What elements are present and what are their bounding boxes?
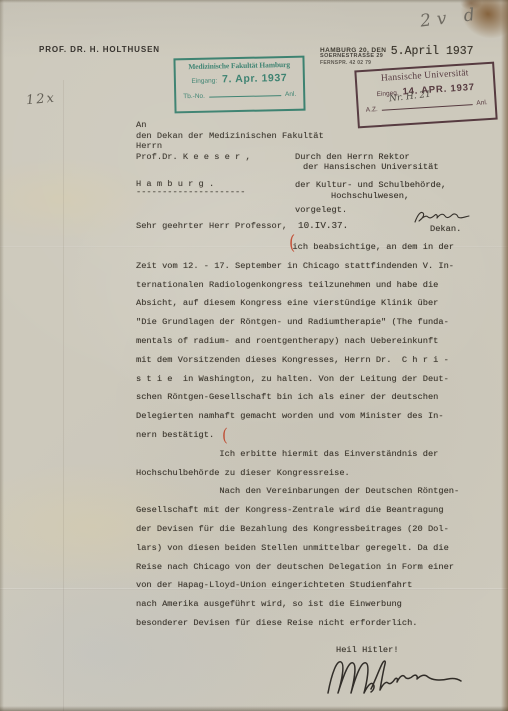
city-underline: --------------------- — [136, 187, 245, 197]
faculty-stamp-title: Medizinische Fakultät Hamburg — [176, 61, 303, 71]
paper-edge — [0, 706, 508, 711]
phone-line: FERNSPR. 42 02 79 — [320, 60, 371, 66]
ref-label: A.Z. — [366, 107, 378, 114]
university-receipt-stamp: Hansische Universität Eingeg. 14. APR. 1… — [354, 62, 497, 129]
salutation-line: Sehr geehrter Herr Professor, — [136, 221, 287, 231]
routing-line-3: der Kultur- und Schulbehörde, — [295, 180, 446, 190]
paper-edge — [0, 0, 508, 3]
sender-signature-handwriting — [324, 656, 464, 698]
sender-letterhead: PROF. DR. H. HOLTHUSEN — [39, 45, 160, 54]
faculty-stamp-received-row: Eingang: 7. Apr. 1937 — [176, 72, 303, 85]
received-date: 7. Apr. 1937 — [222, 72, 287, 84]
enclosure-label: Anl. — [285, 91, 296, 98]
received-label: Eingang: — [191, 78, 217, 85]
dean-title: Dekan. — [430, 224, 461, 234]
letter-body: ich beabsichtige, an dem in der Zeit vom… — [136, 238, 459, 633]
pencil-note-left-margin: 12x — [25, 91, 56, 109]
ref-label: Tb.-No. — [183, 93, 205, 100]
ref-blank-line — [209, 87, 281, 98]
routing-line-4: Hochschulwesen, — [331, 191, 409, 201]
enclosure-label: Anl. — [476, 100, 488, 107]
dean-date-note: 10.IV.37. — [298, 220, 348, 231]
routing-line-2: der Hansischen Universität — [303, 162, 439, 172]
paper-edge — [501, 0, 508, 711]
letter-date: 5.April 1937 — [391, 45, 474, 58]
faculty-receipt-stamp: Medizinische Fakultät Hamburg Eingang: 7… — [173, 56, 305, 114]
scanned-letter-page: 2v d 12x PROF. DR. H. HOLTHUSEN HAMBURG … — [0, 0, 508, 711]
routing-line-1: Durch den Herrn Rektor — [295, 152, 410, 162]
ref-blank-line: Nr. H. 21 — [381, 96, 472, 111]
ref-handwriting: Nr. H. 21 — [389, 91, 432, 105]
closing-line: Heil Hitler! — [336, 645, 399, 655]
routing-line-5: vorgelegt. — [295, 205, 347, 215]
paper-crease — [63, 80, 64, 711]
faculty-stamp-ref-row: Tb.-No. Anl. — [176, 87, 303, 101]
paper-edge — [0, 0, 4, 711]
street-line: SOERNESTRASSE 29 — [320, 53, 383, 59]
